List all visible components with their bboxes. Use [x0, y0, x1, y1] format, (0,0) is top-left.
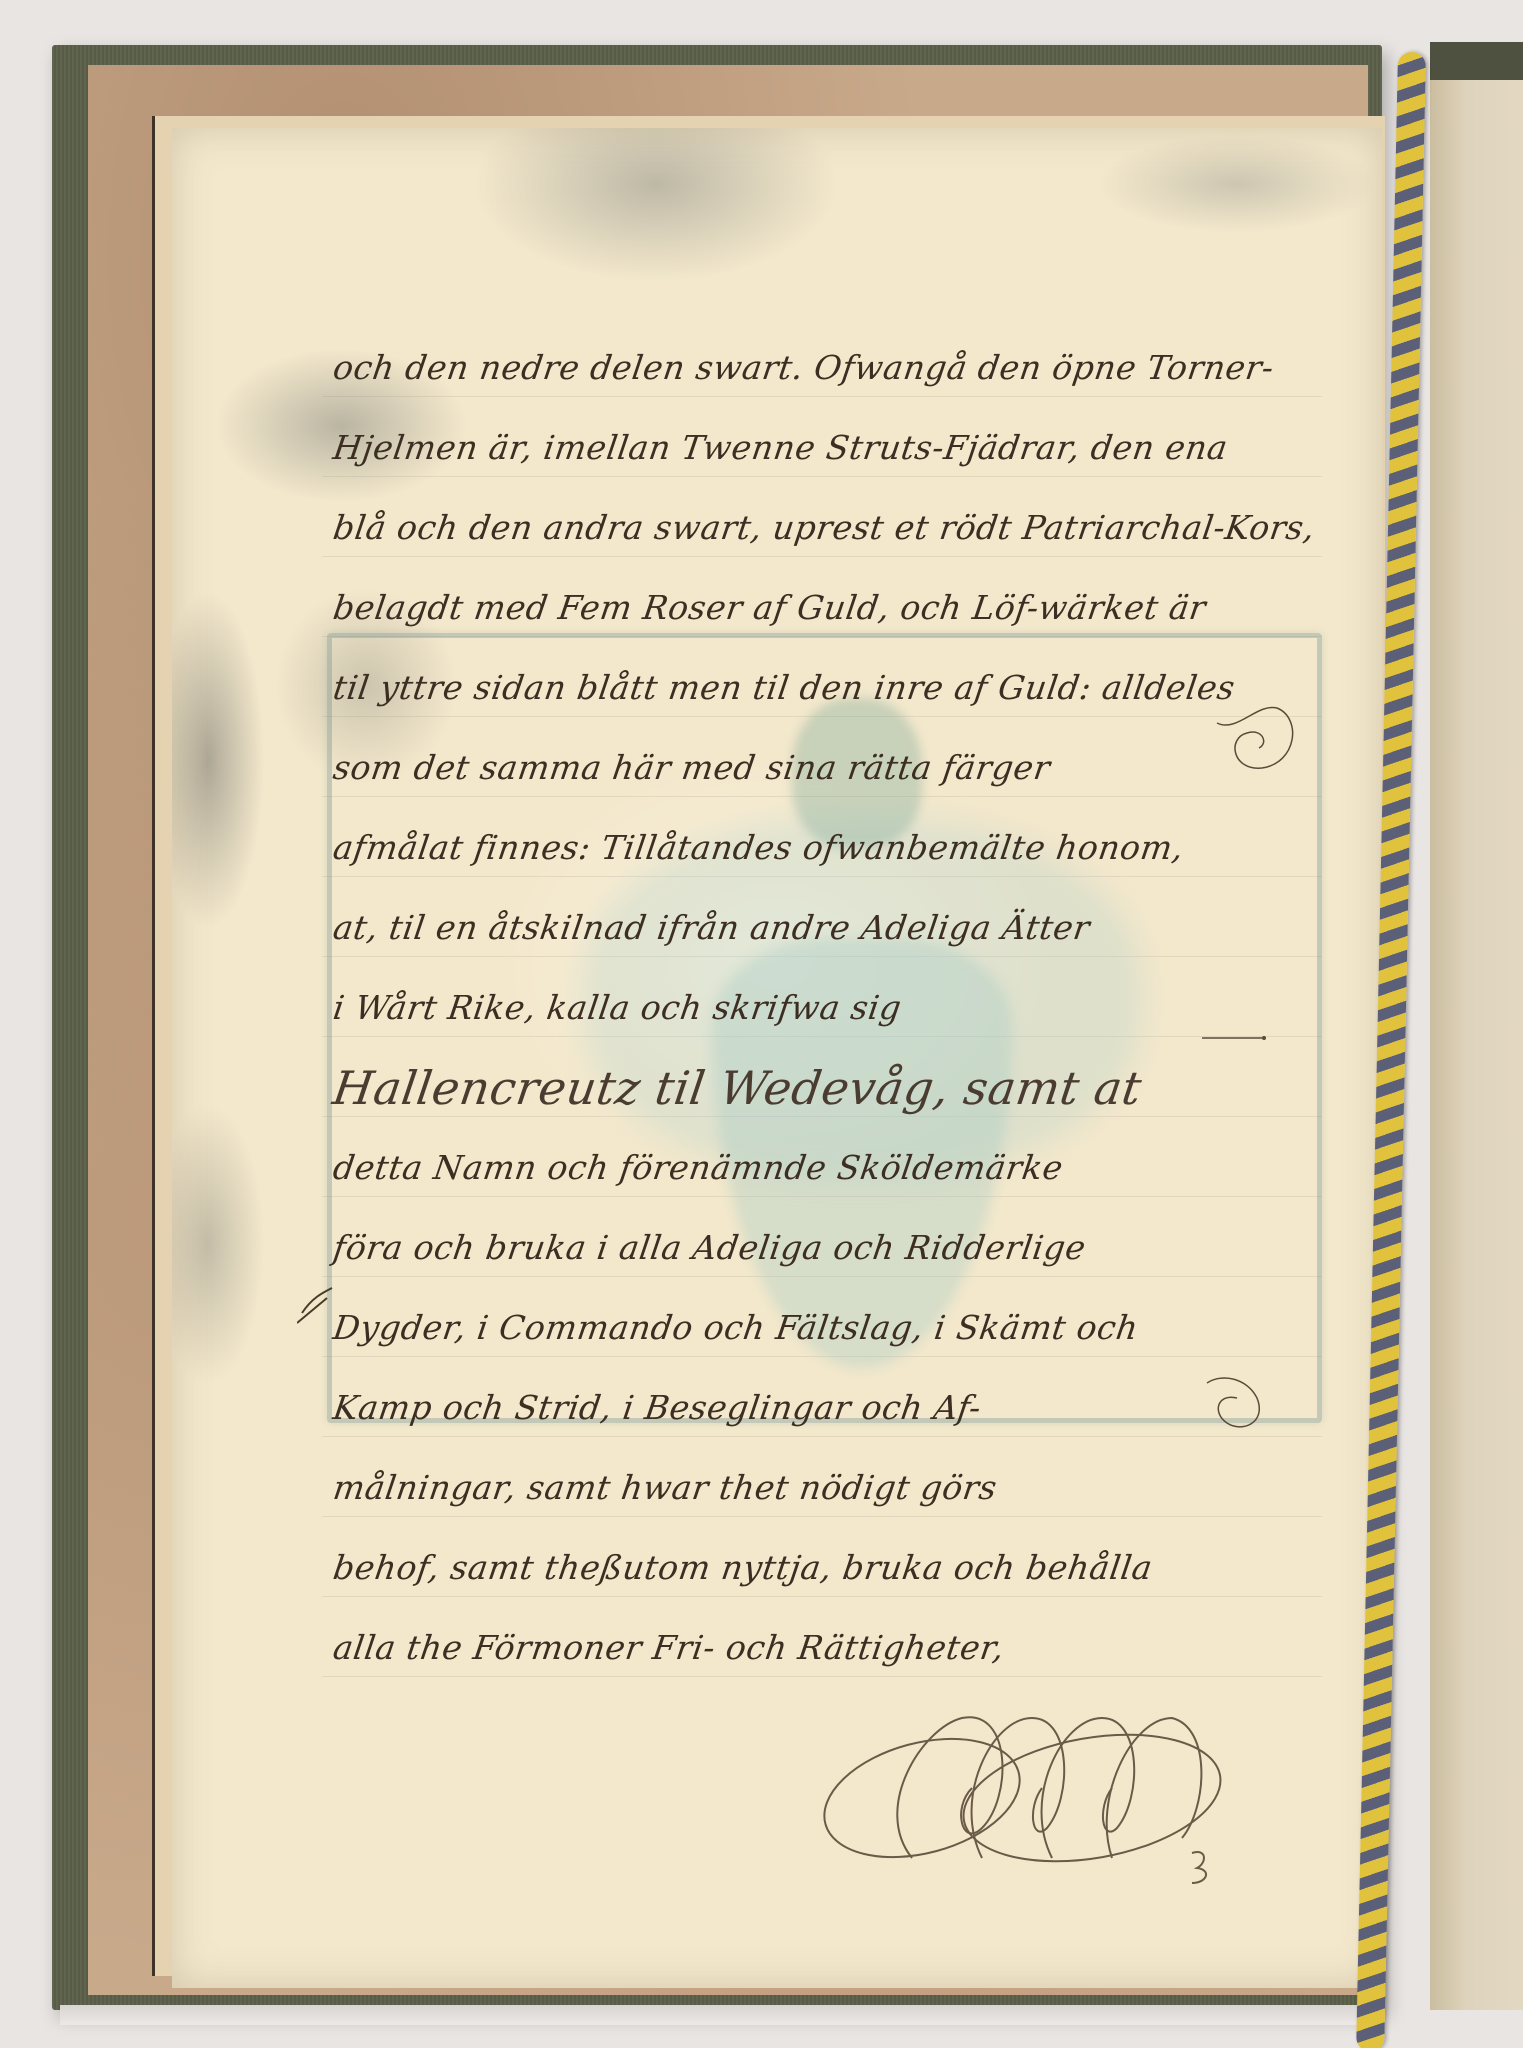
closing-flourish-icon — [812, 1688, 1232, 1888]
text-line: behof, samt theßutom nyttja, bruka och b… — [326, 1538, 1337, 1618]
text-line: och den nedre delen swart. Ofwangå den ö… — [326, 338, 1337, 418]
text-line: målningar, samt hwar thet nödigt görs — [326, 1458, 1337, 1538]
text-line: til yttre sidan blått men til den inre a… — [326, 658, 1337, 738]
text-line: som det samma här med sina rätta färger — [326, 738, 1337, 818]
cover-shadow — [60, 2005, 1380, 2025]
text-line: blå och den andra swart, uprest et rödt … — [326, 498, 1337, 578]
manuscript-text: och den nedre delen swart. Ofwangå den ö… — [332, 338, 1332, 1698]
book-scan: och den nedre delen swart. Ofwangå den ö… — [0, 0, 1523, 2048]
text-line: afmålat finnes: Tillåtandes ofwanbemälte… — [326, 818, 1337, 898]
text-line: at, til en åtskilnad ifrån andre Adeliga… — [326, 898, 1337, 978]
text-line: föra och bruka i alla Adeliga och Ridder… — [326, 1218, 1337, 1298]
facing-page-edge — [1430, 80, 1523, 2010]
text-line: belagdt med Fem Roser af Guld, och Löf-w… — [326, 578, 1337, 658]
text-line: Kamp och Strid, i Beseglingar och Af- — [326, 1378, 1337, 1458]
text-line: i Wårt Rike, kalla och skrifwa sig — [326, 978, 1337, 1058]
text-line: Hjelmen är, imellan Twenne Struts-Fjädra… — [326, 418, 1337, 498]
family-name-line: Hallencreutz til Wedevåg, samt at — [326, 1058, 1337, 1138]
margin-check-icon — [297, 1278, 347, 1328]
manuscript-page: och den nedre delen swart. Ofwangå den ö… — [172, 128, 1382, 1988]
margin-spiral-icon — [1207, 683, 1307, 783]
margin-arrow-icon — [1202, 1028, 1302, 1048]
margin-spiral-icon — [1202, 1368, 1282, 1448]
text-line: detta Namn och förenämnde Sköldemärke — [326, 1138, 1337, 1218]
text-line: Dygder, i Commando och Fältslag, i Skämt… — [326, 1298, 1337, 1378]
text-line: alla the Förmoner Fri- och Rättigheter, — [326, 1618, 1337, 1698]
